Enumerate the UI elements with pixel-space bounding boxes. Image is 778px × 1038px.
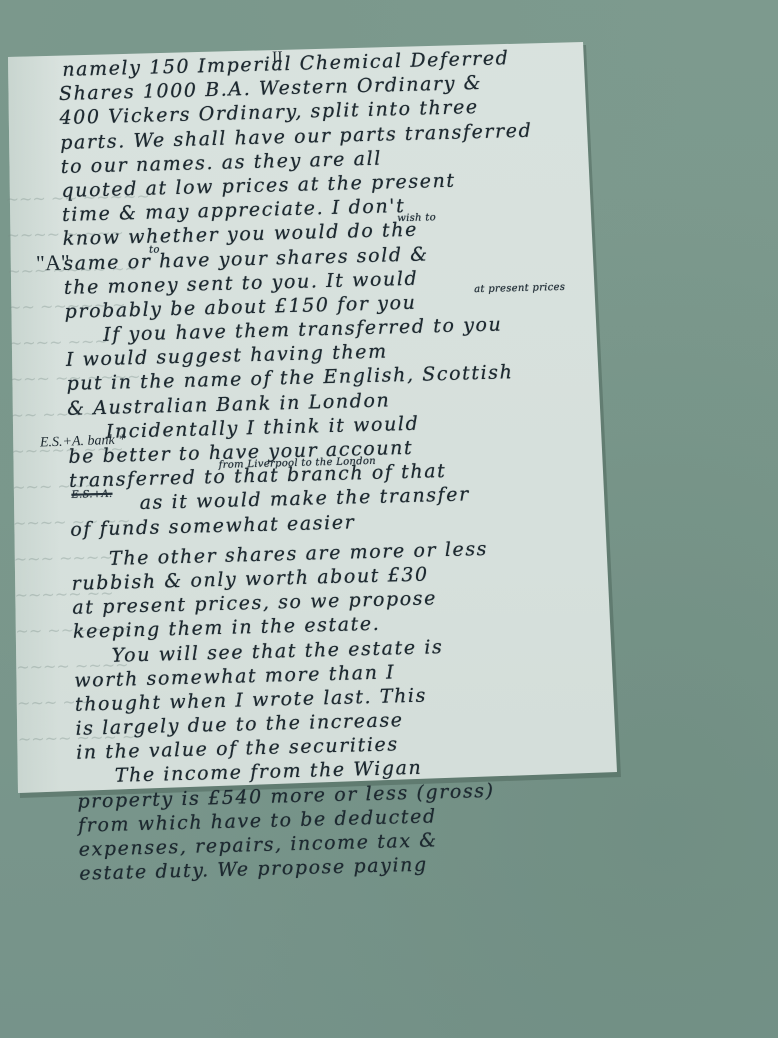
insertion-at-present-prices: at present prices <box>474 276 566 302</box>
struck-insertion: E.S.+A. <box>71 483 113 508</box>
insertion-wish-to: wish to <box>397 206 436 231</box>
insertion-to: to <box>149 238 160 262</box>
insertion-from-liverpool: from Liverpool to the London <box>218 450 376 478</box>
letter-body: namely 150 Imperial Chemical Deferred Sh… <box>58 44 619 886</box>
